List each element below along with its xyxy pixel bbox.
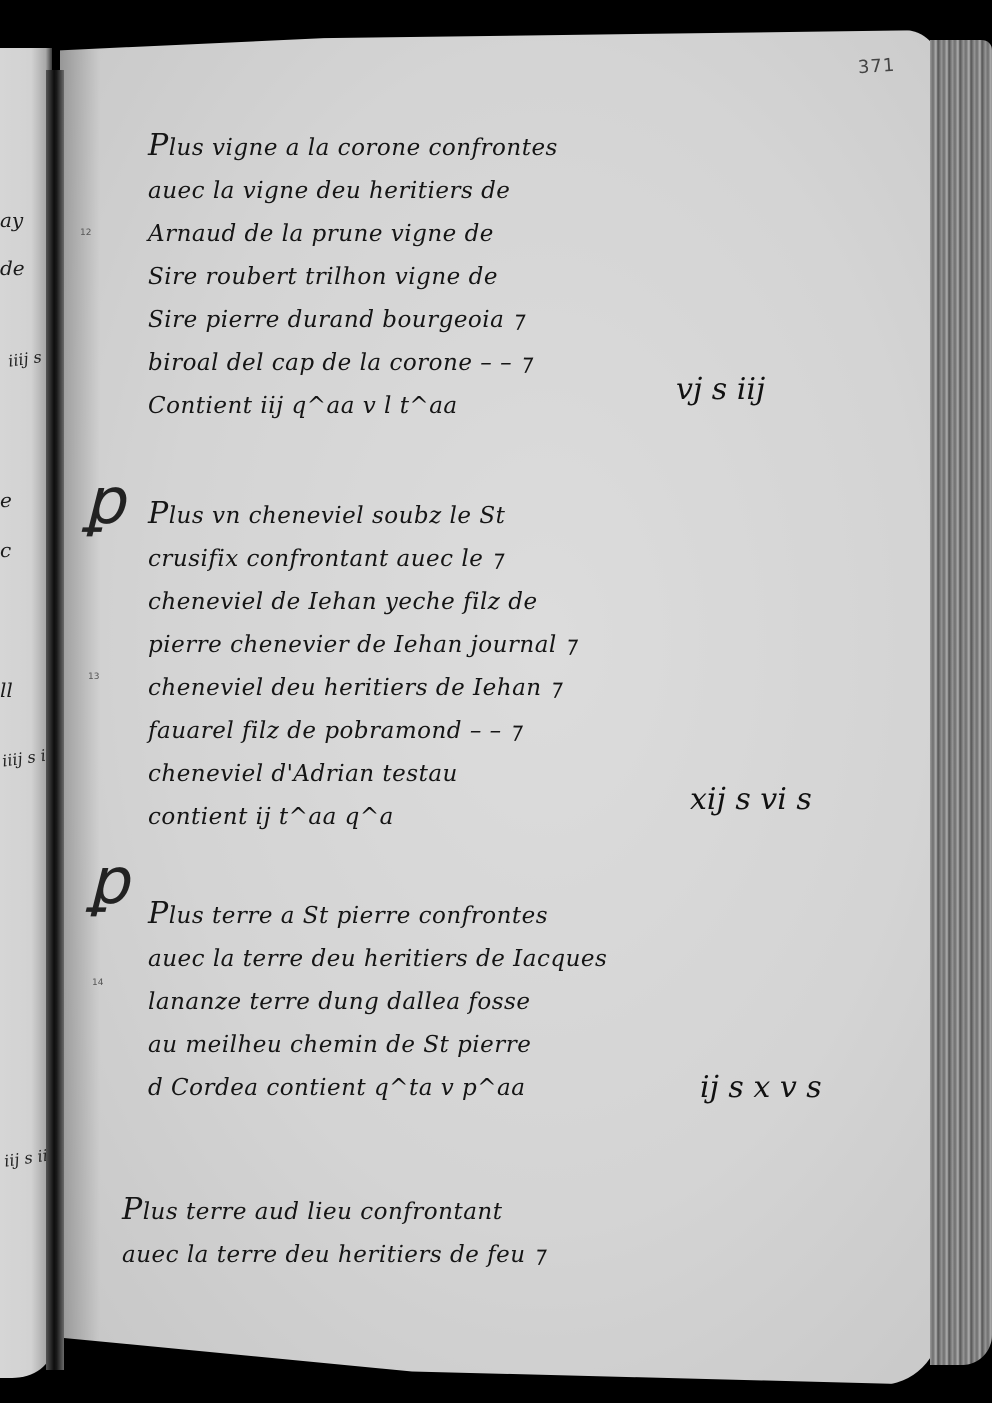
left-page-fragment: de bbox=[0, 256, 25, 280]
entry-line: Plus vigne a la corone confrontes bbox=[148, 124, 558, 170]
entry-line: lananze terre dung dallea fosse bbox=[148, 981, 607, 1024]
entry-line: auec la terre deu heritiers de Iacques bbox=[148, 938, 607, 981]
entry-sum: ij s x v s bbox=[700, 1070, 822, 1105]
entry-line: Sire pierre durand bourgeoia ⁊ bbox=[148, 299, 558, 342]
left-page-fragment: ay bbox=[0, 208, 23, 232]
entry-line: auec la vigne deu heritiers de bbox=[148, 170, 558, 213]
register-entry: Plus vn cheneviel soubz le St crusifix c… bbox=[148, 492, 577, 839]
register-entry: Plus terre a St pierre confrontes auec l… bbox=[148, 892, 607, 1110]
entry-line: d Cordea contient q^ta v p^aa bbox=[148, 1067, 607, 1110]
register-entry: Plus vigne a la corone confrontes auec l… bbox=[148, 124, 558, 428]
page-number: 371 bbox=[857, 55, 896, 79]
entry-line: auec la terre deu heritiers de feu ⁊ bbox=[122, 1234, 545, 1277]
left-page-fragment: e bbox=[0, 488, 12, 512]
entry-sum: vj s iij bbox=[676, 372, 765, 407]
previous-page-edge: ay de c e ll iiij s iij iiij s ix iij s … bbox=[0, 48, 52, 1378]
folio-marker: 14 bbox=[92, 978, 103, 988]
entry-line: Plus terre aud lieu confrontant bbox=[122, 1188, 545, 1234]
entry-line: Sire roubert trilhon vigne de bbox=[148, 256, 558, 299]
entry-line: Plus vn cheneviel soubz le St bbox=[148, 492, 577, 538]
entry-line: pierre chenevier de Iehan journal ⁊ bbox=[148, 624, 577, 667]
entry-line: biroal del cap de la corone – – ⁊ bbox=[148, 342, 558, 385]
entry-line: cheneviel d'Adrian testau bbox=[148, 753, 577, 796]
entry-line: cheneviel deu heritiers de Iehan ⁊ bbox=[148, 667, 577, 710]
stacked-page-edges bbox=[930, 40, 992, 1365]
entry-line: Arnaud de la prune vigne de bbox=[148, 213, 558, 256]
entry-line: contient ij t^aa q^a bbox=[148, 796, 577, 839]
entry-sum: xij s vi s bbox=[690, 782, 812, 817]
folio-marker: 13 bbox=[88, 672, 99, 682]
entry-line: crusifix confrontant auec le ⁊ bbox=[148, 538, 577, 581]
entry-line: fauarel filz de pobramond – – ⁊ bbox=[148, 710, 577, 753]
register-entry: Plus terre aud lieu confrontant auec la … bbox=[122, 1188, 545, 1277]
entry-line: Plus terre a St pierre confrontes bbox=[148, 892, 607, 938]
entry-line: Contient iij q^aa v l t^aa bbox=[148, 385, 558, 428]
paraph-mark-icon: ꝑ bbox=[88, 850, 129, 914]
left-page-fragment: c bbox=[0, 538, 11, 562]
folio-marker: 12 bbox=[80, 228, 91, 238]
entry-line: au meilheu chemin de St pierre bbox=[148, 1024, 607, 1067]
entry-line: cheneviel de Iehan yeche filz de bbox=[148, 581, 577, 624]
book-gutter bbox=[46, 70, 64, 1370]
paraph-mark-icon: ꝑ bbox=[84, 470, 125, 534]
left-page-fragment: ll bbox=[0, 678, 13, 702]
